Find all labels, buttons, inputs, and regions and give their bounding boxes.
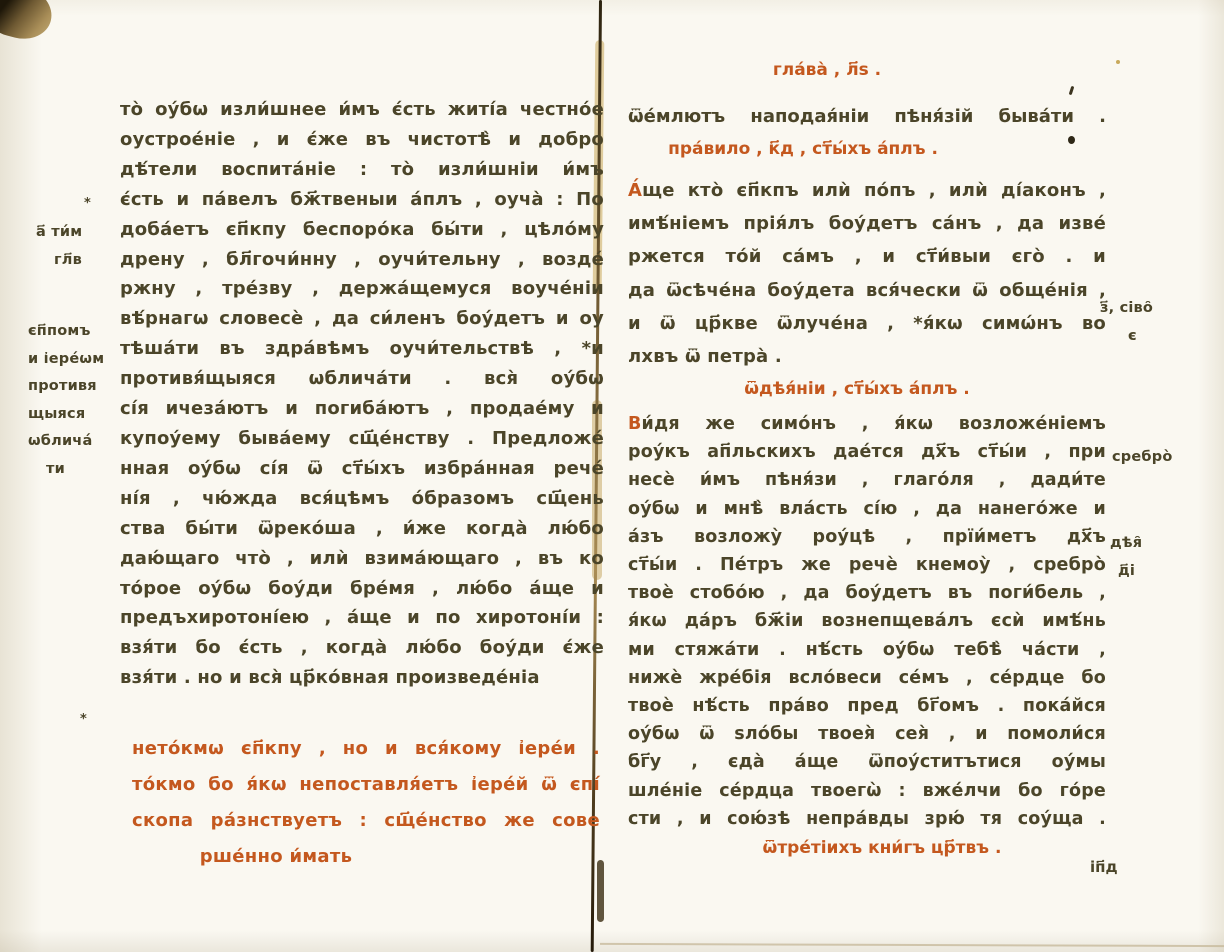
margin-scripture-ref: а҃ ти́м гл҃в	[36, 219, 116, 274]
text-line: лхвъ ѿ петра̀ .	[628, 340, 1106, 373]
left-page-rubric-block: нето́кмѡ єп҃кпу , но и вся́кому і҆ере́и …	[132, 731, 600, 875]
margin-note-line: дѣя̑	[1110, 530, 1180, 558]
text-line: я́кѡ да́ръ бж҃іи вознепщева́лъ єсѝ имѣ́н…	[628, 607, 1106, 635]
text-line: дѣ́тели воспита́ніе : то̀ изли́шніи и́мъ	[120, 155, 604, 185]
margin-note-line: д҃і	[1110, 558, 1180, 586]
text-line: оу́бѡ и мнѣ̀ вла́сть сі́ю , да нанего́же…	[628, 495, 1106, 523]
text-line: дрену , бл҃гочи́нну , оучи́тельну , возд…	[120, 245, 604, 275]
text-line: ства бы́ти ѿреко́ша , и́же когда̀ лю́бо	[120, 514, 604, 544]
text-line: А́ще кто̀ єп҃кпъ илѝ по́пъ , илѝ ді́акон…	[628, 174, 1106, 207]
rubric-line: скопа ра́знствуетъ : сщ҃е́нство же сове	[132, 803, 600, 839]
margin-gloss-line: ѡблича́	[28, 428, 116, 456]
text-line: ми стяжа́ти . нѣ́сть оу́бѡ тебѣ̀ ча́сти …	[628, 636, 1106, 664]
text-line: и ѿ цр҃кве ѿлуче́на , *я́кѡ симѡ́нъ во	[628, 307, 1106, 340]
chapter-header: гла́ва̀ , л҃ѕ .	[628, 60, 1106, 80]
text-line: взя́ти бо є́сть , когда̀ лю́бо боу́ди є́…	[120, 633, 604, 663]
text-line: твоѐ стобо́ю , да боу́детъ въ поги́бель …	[628, 579, 1106, 607]
left-page-text-block: то̀ оу́бѡ изли́шнее и́мъ є́сть житі́а че…	[120, 95, 604, 693]
text-line: є́сть и па́велъ бж҃твеныи а́плъ , оуча̀ …	[120, 185, 604, 215]
text-line: оустрое́ніе , и є́же въ чистотѣ̀ и добро	[120, 125, 604, 155]
text-line: ні́я , чю́жда вся́цѣмъ о́бразомъ сщ҃ень	[120, 484, 604, 514]
intro-line: ѿе́млютъ наподая́ніи пѣня́зій быва́ти .	[628, 103, 1106, 131]
margin-note-line: є	[1100, 323, 1190, 351]
margin-gloss-line: ти	[28, 456, 116, 484]
text-line: роу́къ ап҃льскихъ дае́тся дх҃ъ ст҃ы́и , …	[628, 438, 1106, 466]
book-scan: * а҃ ти́м гл҃в єп҃помъ и і҆ере́ѡм против…	[0, 0, 1224, 952]
margin-ref-line: а҃ ти́м	[36, 219, 116, 247]
margin-ref-line: гл҃в	[36, 247, 116, 275]
margin-gloss-line: єп҃помъ	[28, 318, 116, 346]
text-line: имѣ́ніемъ прія́лъ боу́детъ са́нъ , да из…	[628, 207, 1106, 240]
text-line: сти , и сою́зѣ непра́вды зрю́ тя соу́ща …	[628, 805, 1106, 833]
text-line: даю́щаго что̀ , илѝ взима́ющаго , въ ко	[120, 544, 604, 574]
text-line: оу́бѡ ѿ ѕло́бы твоея̀ сея̀ , и помоли́ся	[628, 720, 1106, 748]
acts-text-block: Ви́дя же симо́нъ , я́кѡ возложе́ніемъ ро…	[628, 410, 1106, 833]
text-line: тѣша́ти въ здра́вѣмъ оучи́тельствѣ , *и	[120, 334, 604, 364]
rule-rubric: пра́вило , к҃д , ст҃ы́хъ а́плъ .	[628, 139, 1106, 159]
paper-speck	[1116, 60, 1120, 64]
text-line: ржется то́й са́мъ , и ст҃и́выи єго̀ . и	[628, 240, 1106, 273]
text-line: предъхиротоні́ею , а́ще и по хиротоні́и …	[120, 603, 604, 633]
margin-asterisk: *	[84, 196, 91, 211]
margin-asterisk: *	[80, 712, 87, 727]
margin-gloss: єп҃помъ и і҆ере́ѡм противя щыяся ѡблича́…	[28, 318, 116, 483]
text-line: нная оу́бѡ сі́я ѿ ст҃ы́хъ избра́нная реч…	[120, 454, 604, 484]
rubric-line: то́кмо бо я́кѡ непоставля́етъ і҆ере́й ѿ …	[132, 767, 600, 803]
text-line: а́зъ возложу̀ роу́цѣ , прїи́метъ дх҃ъ	[628, 523, 1106, 551]
text-line: противя́щыяся ѡблича́ти . вся̀ оу́бѡ	[120, 364, 604, 394]
margin-note-silver: сребро̀	[1112, 444, 1172, 472]
corner-stain	[0, 0, 57, 45]
text-line: да ѿсѣче́на боу́дета вся́чески ѿ обще́ні…	[628, 274, 1106, 307]
acts-rubric: ѿдѣя́ніи , ст҃ы́хъ а́плъ .	[628, 379, 1106, 399]
text-line: взя́ти . но и вся̀ цр҃ко́вная произведе́…	[120, 663, 604, 693]
text-line: вѣ́рнагѡ словесѐ , да си́ленъ боу́детъ и…	[120, 304, 604, 334]
margin-gloss-line: противя	[28, 373, 116, 401]
ink-speck	[1069, 86, 1075, 95]
text-line: нижѐ жре́бія всло́веси се́мъ , се́рдце б…	[628, 664, 1106, 692]
page-bottom-edge	[600, 943, 1224, 947]
text-line: ржну , тре́зву , держа́щемуся воуче́ніи	[120, 274, 604, 304]
text-line: купоу́ему быва́ему сщ҃е́нству . Предложе…	[120, 424, 604, 454]
margin-note-line: з҃, сіво̑	[1100, 295, 1190, 323]
margin-gloss-line: и і҆ере́ѡм	[28, 346, 116, 374]
text-line: бг҃у , єда̀ а́ще ѿпоу́ститътися оу́мы	[628, 748, 1106, 776]
rubric-line: рше́нно и́мать	[132, 839, 600, 875]
canon-text-block: А́ще кто̀ єп҃кпъ илѝ по́пъ , илѝ ді́акон…	[628, 174, 1106, 373]
rubric-line: нето́кмѡ єп҃кпу , но и вся́кому і҆ере́и …	[132, 731, 600, 767]
text-line: ст҃ы́и . Пе́тръ же речѐ кнемоу̀ , сребро…	[628, 551, 1106, 579]
text-line: то́рое оу́бѡ боу́ди бре́мя , лю́бо а́ще …	[120, 574, 604, 604]
text-line: то̀ оу́бѡ изли́шнее и́мъ є́сть житі́а че…	[120, 95, 604, 125]
margin-gloss-line: щыяся	[28, 401, 116, 429]
text-line: Ви́дя же симо́нъ , я́кѡ возложе́ніемъ	[628, 410, 1106, 438]
text-line: шле́ніе се́рдца твоегѡ̀ : вже́лчи бо го́…	[628, 777, 1106, 805]
margin-note-acts-ref: дѣя̑ д҃і	[1110, 530, 1180, 585]
text-line: несѐ и́мъ пѣня́зи , глаго́ля , дади́те	[628, 466, 1106, 494]
catchword: іп҃д	[1090, 858, 1118, 876]
text-line: твоѐ нѣ́сть пра́во пред бг҃омъ . пока́йс…	[628, 692, 1106, 720]
kings-rubric: ѿтре́тіихъ кни́гъ цр҃твъ .	[628, 838, 1106, 858]
text-line: доба́етъ єп҃кпу беспоро́ка бы́ти , цѣло́…	[120, 215, 604, 245]
text-line: сі́я ичеза́ютъ и погиба́ютъ , продае́му …	[120, 394, 604, 424]
margin-note-simon: з҃, сіво̑ є	[1100, 295, 1190, 350]
